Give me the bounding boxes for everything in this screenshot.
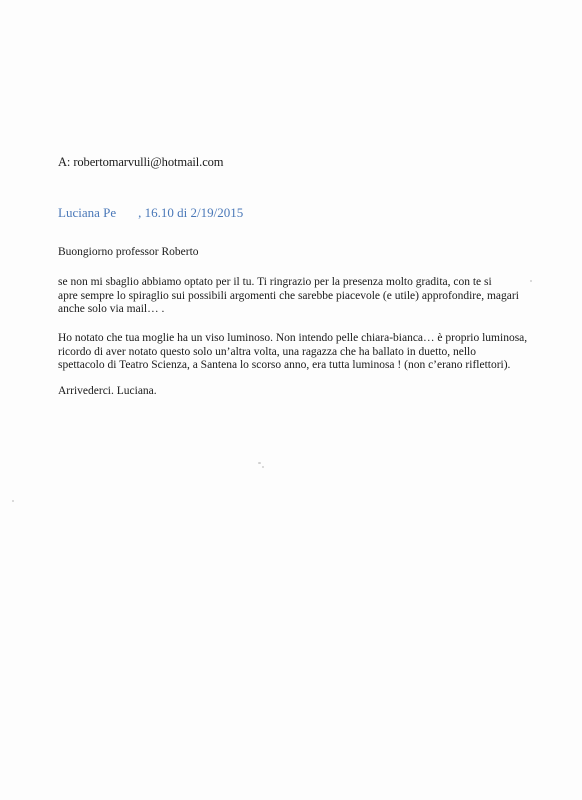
scanned-letter-page: A: robertomarvulli@hotmail.com Luciana P… [0, 0, 582, 800]
recipient-line: A: robertomarvulli@hotmail.com [58, 155, 223, 170]
scan-speck [530, 280, 532, 282]
paragraph-1: se non mi sbaglio abbiamo optato per il … [58, 276, 519, 317]
scan-speck [258, 462, 261, 464]
paragraph-line: spettacolo di Teatro Scienza, a Santena … [58, 359, 527, 373]
paragraph-2: Ho notato che tua moglie ha un viso lumi… [58, 332, 527, 373]
paragraph-line: ricordo di aver notato questo solo un’al… [58, 346, 527, 360]
paragraph-line: Ho notato che tua moglie ha un viso lumi… [58, 332, 527, 346]
scan-speck [262, 466, 264, 468]
message-timestamp: , 16.10 di 2/19/2015 [138, 205, 243, 220]
paragraph-line: apre sempre lo spiraglio sui possibili a… [58, 290, 519, 304]
scan-speck [12, 500, 14, 502]
sender-name: Luciana Pe [58, 205, 116, 220]
message-header: Luciana Pe, 16.10 di 2/19/2015 [58, 205, 243, 221]
paragraph-line: anche solo via mail… . [58, 303, 519, 317]
closing-signature: Arrivederci. Luciana. [58, 385, 157, 397]
greeting: Buongiorno professor Roberto [58, 246, 199, 258]
paragraph-line: se non mi sbaglio abbiamo optato per il … [58, 276, 519, 290]
